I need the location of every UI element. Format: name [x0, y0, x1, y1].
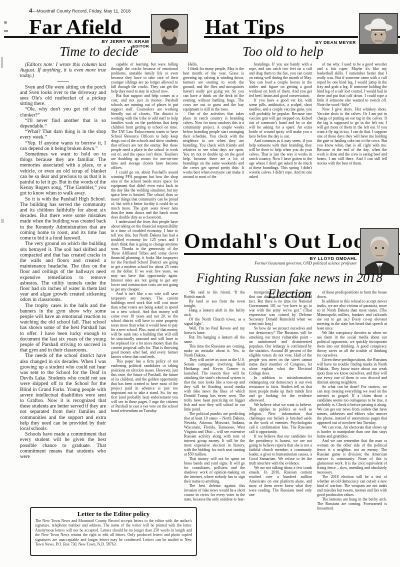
omdahl-col2-text: mongering is an informed citizenry that …: [249, 290, 312, 497]
editors-note: (Editors note: I wrote this column last …: [20, 62, 106, 79]
omdahl-column-2: mongering is an informed citizenry that …: [249, 290, 312, 560]
paragraph: If you have a good vet kit, with some pi…: [249, 98, 312, 139]
scan-artifact: [4, 21, 7, 24]
paragraph: We believe what we want to believe. That…: [249, 403, 312, 435]
paragraph: I could go on, about Parshall's award wi…: [111, 170, 178, 220]
paragraph: So how do we protect ourselves and our d…: [249, 326, 312, 376]
paragraph: I think for many people, May is the best…: [183, 67, 244, 112]
paragraph: The 2018 election will be a test of whet…: [317, 475, 387, 498]
hat-tips-col3-text: of me why. I used to be a good wrestler …: [317, 62, 387, 166]
paragraph: We are not talking about a few crank ema…: [249, 466, 312, 498]
far-afield-rule: [4, 36, 150, 38]
hat-tips-col1-text: Hello,I think for many people, May is th…: [183, 62, 244, 179]
hat-tips-column-3: of me why. I used to be a good wrestler …: [317, 62, 387, 228]
paragraph: The best defense against this invasion o…: [184, 484, 245, 502]
paragraph: “Ole, why don't you get rid of that clun…: [20, 107, 106, 118]
lloyd-omdahl-photo: [360, 228, 399, 275]
paragraph: mongering is an informed citizenry that …: [249, 290, 312, 326]
lloyd-omdahl-portrait: [361, 229, 398, 274]
newspaper-page: 4—Mountrail County Record, Friday, May 1…: [0, 0, 400, 567]
omdahl-col1-text: “He said to his friend, ‘If the British …: [184, 290, 245, 502]
paragraph: Now I give shots. Hot whiskey shots. Vac…: [317, 107, 387, 166]
hat-tips-rule: [204, 36, 358, 38]
paragraph: brandings. If you are handy with a rope,…: [249, 62, 312, 98]
paragraph: of these predispositions to burn the hou…: [317, 290, 387, 299]
paragraph: In addition to misinformation, endangeri…: [249, 376, 312, 403]
paragraph: That money will not be spent on brass ba…: [184, 457, 245, 484]
paragraph: capable of learning but were falling thr…: [111, 62, 178, 94]
paragraph: The trophy cases in the halls and the ba…: [20, 303, 106, 353]
far-afield-col1-text: Sven and Ole were sitting on the porch a…: [20, 84, 106, 459]
hat-tips-column-1: Hello,I think for many people, May is th…: [183, 62, 244, 228]
far-afield-col2-text: capable of learning but were falling thr…: [111, 62, 178, 413]
paragraph: But that support and help comes at a cos…: [111, 94, 178, 171]
paragraph: The lanterns are hung in the belfry arch…: [317, 497, 387, 511]
paragraph: “He said to his friend, ‘If the British …: [184, 290, 245, 299]
paragraph: In addition to this refusal to accept ne…: [317, 299, 387, 331]
far-afield-column-2: capable of learning but were falling thr…: [111, 62, 178, 505]
paragraph: The political pundits are predicting tha…: [184, 412, 245, 457]
scan-artifact: [1, 219, 4, 223]
far-afield-column-1: (Editors note: I wrote this column last …: [20, 62, 106, 505]
omdahl-byline: BY LLOYD OMDAHL Former lieutenant govern…: [187, 256, 357, 268]
hat-tips-col2-text: brandings. If you are handy with a rope,…: [249, 62, 312, 179]
masthead-text: —Mountrail County Record, Friday, May 11…: [32, 9, 130, 14]
paragraph: We like conspiracy theories so when we s…: [317, 331, 387, 358]
paragraph: Hang a lantern aloft in the belfry arch: [184, 308, 245, 317]
paragraph: Well, I'm no Paul Revere and my horse is…: [184, 326, 245, 335]
paragraph: They will arrive as soon as the U.S. Sen…: [184, 358, 245, 412]
paragraph: I understand the fears that people have …: [111, 220, 178, 292]
paragraph: Sometimes we want to hold on to things b…: [20, 152, 106, 197]
paragraph: By land or sea from the town tonight,: [184, 299, 245, 308]
paragraph: Of the North Church tower, as a signal l…: [184, 317, 245, 326]
paragraph: So it is with the Parshall High School. …: [20, 196, 106, 241]
paragraph: So what can be done? For starters, we ca…: [317, 385, 387, 426]
paragraph: “Yep. If anyone wants to borrow it, I ca…: [20, 140, 106, 151]
paragraph: And we can remember that the man or woma…: [317, 439, 387, 475]
paragraph: Given these predispositions, the Russian…: [317, 358, 387, 385]
letters-policy-body: The New Town News and Mountrail County R…: [35, 519, 192, 547]
paragraph: And common as it may seem, if you help s…: [249, 139, 312, 180]
letters-policy-box: Letter to the Editor policy The New Town…: [30, 507, 197, 556]
paragraph: The very ground on which the building si…: [20, 241, 106, 303]
hat-tips-subhead: Too old to help: [193, 44, 373, 60]
letters-policy-title: Letter to the Editor policy: [35, 510, 192, 518]
paragraph: This paper has a firm policy of not endo…: [111, 359, 178, 413]
omdahl-byline-role: Former lieutenant governor, UND politica…: [187, 261, 357, 266]
omdahl-column-3: of these predispositions to burn the hou…: [317, 290, 387, 560]
scan-artifact: [4, 30, 8, 32]
omdahl-title: Omdahl's Out Look: [184, 229, 377, 254]
hat-tips-column-2: brandings. If you are handy with a rope,…: [249, 62, 312, 228]
omdahl-rule: [184, 253, 359, 255]
paragraph: We can vote. An electorate that shows up…: [317, 425, 387, 439]
far-afield-subhead: Time to decide: [18, 44, 180, 60]
paragraph: Schools have made a commitment that ever…: [20, 432, 106, 460]
paragraph: The needs of the school district have al…: [20, 353, 106, 431]
paragraph: If we believe that our candidate for the…: [249, 434, 312, 466]
omdahl-col3-text: of these predispositions to burn the hou…: [317, 290, 387, 511]
paragraph: “I'll never find another that is so depe…: [20, 118, 106, 129]
note-separator: [57, 81, 69, 82]
paragraph: One of the activities that takes place i…: [183, 112, 244, 180]
paragraph: This time the Russians are coming, make …: [184, 344, 245, 358]
paragraph: of me why. I used to be a good wrestler …: [317, 62, 387, 107]
paragraph: And it isn't like a no vote will save ta…: [111, 292, 178, 360]
paragraph: Sven and Ole were sitting on the porch a…: [20, 84, 106, 106]
paragraph: “What? That darn thing is in the shop ev…: [20, 129, 106, 140]
scan-artifact: [1, 57, 3, 68]
paragraph: But I'm hanging a lantern all the same.: [184, 335, 245, 344]
